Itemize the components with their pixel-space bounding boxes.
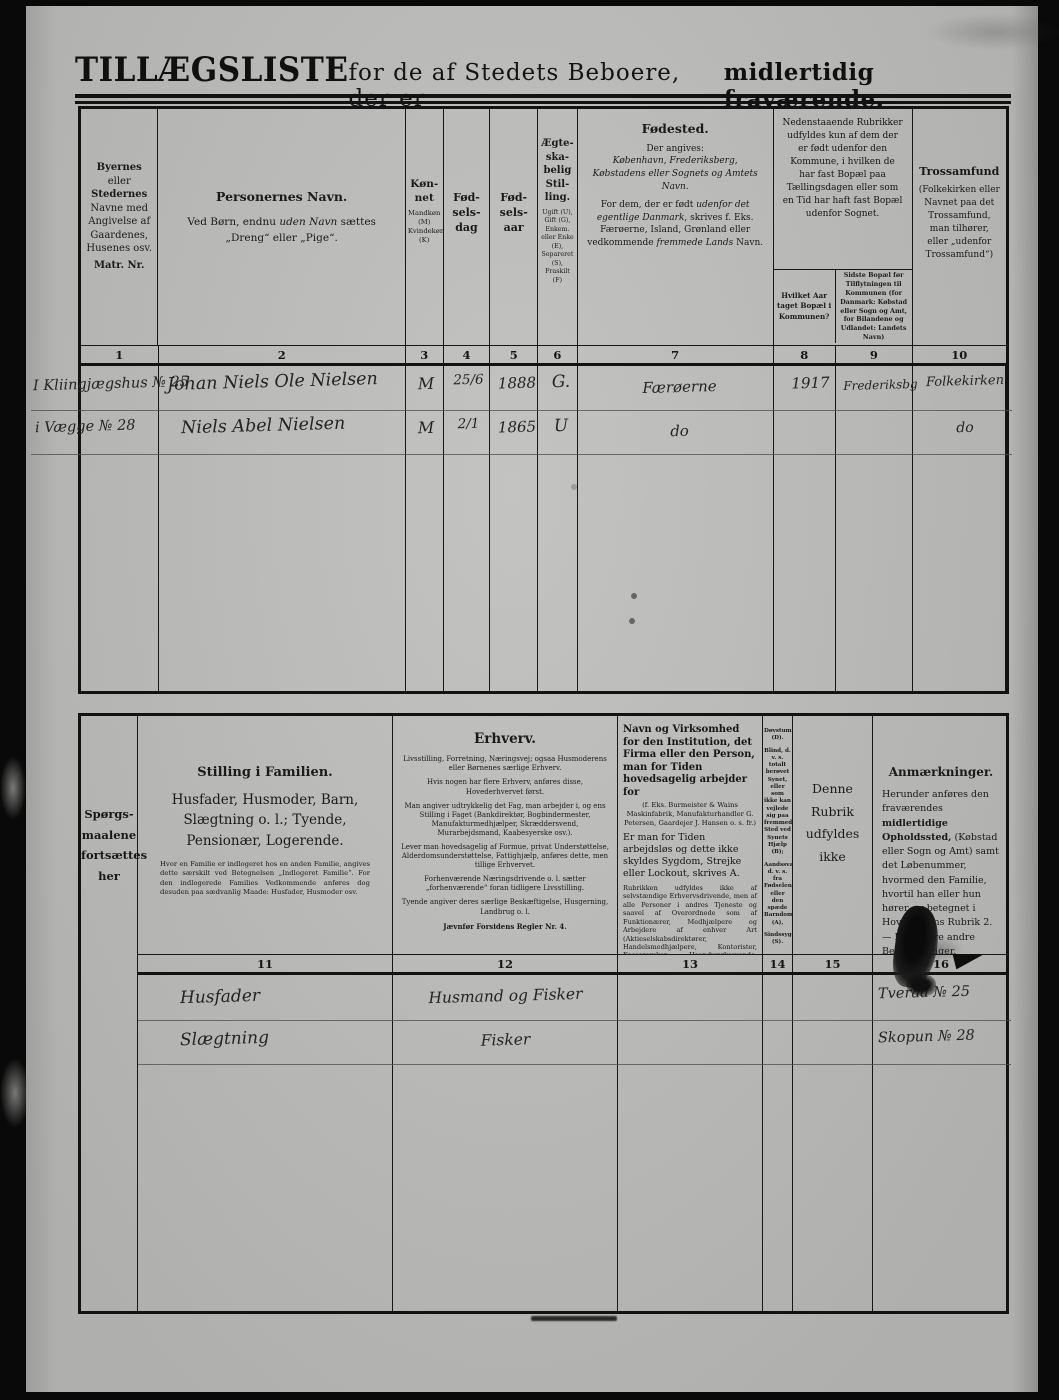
- col4-title: Fød-sels-dag: [448, 191, 486, 236]
- col12-paragraph: Man angiver udtrykkelig det Fag, man arb…: [401, 802, 609, 838]
- col-number: 14: [763, 955, 793, 972]
- col14-header-disability: Døvstum (D). Blind, d. v. s. totalt berø…: [763, 716, 793, 954]
- col-number: 13: [618, 955, 763, 972]
- col7-title: Fødested.: [586, 121, 765, 138]
- body-col1: [81, 366, 159, 691]
- col14-line: Blind, d. v. s. totalt berøvet Synet, el…: [764, 748, 791, 857]
- row2-birthyear: 1865: [492, 417, 542, 436]
- col2-subtitle: Ved Børn, endnu uden Navn sættes „Dreng“…: [168, 215, 394, 247]
- body-col11: [138, 975, 393, 1311]
- continuation-table-header: Stilling i Familien. Husfader, Husmoder,…: [138, 716, 1009, 954]
- col-number: 8: [774, 346, 837, 363]
- printers-mark: [531, 1316, 617, 1321]
- row1-year-moved: 1917: [778, 373, 843, 393]
- col-number: 5: [490, 346, 538, 363]
- row2-family-position: Slægtning: [180, 1028, 270, 1050]
- body-col15: [793, 975, 873, 1311]
- col1-line: Husenes osv.: [81, 242, 157, 256]
- row2-religion: do: [918, 419, 1012, 438]
- col15-note: Denne Rubrik udfyldes ikke: [793, 778, 872, 868]
- col-number: 3: [406, 346, 444, 363]
- col2-header-name: Personernes Navn. Ved Børn, endnu uden N…: [158, 109, 405, 345]
- col12-paragraph: Hvis nogen har flere Erhverv, anføres di…: [401, 778, 609, 796]
- col16-title: Anmærkninger.: [882, 764, 1000, 780]
- row2-ruled-line: [138, 1064, 1011, 1065]
- col8-9-header-group: Nedenstaaende Rubrikker udfyldes kun af …: [774, 109, 913, 345]
- body-col10: [913, 366, 1006, 691]
- col10-header-religion: Trossamfund (Folkekirken eller Navnet pa…: [913, 109, 1006, 345]
- continuation-table-body: Husfader Husmand og Fisker Tveraa № 25 S…: [138, 975, 1009, 1311]
- row1-ruled-line: [31, 410, 1012, 411]
- body-col16: [873, 975, 1009, 1311]
- row1-ruled-line: [138, 1020, 1011, 1021]
- row1-remarks: Tveraa № 25: [878, 984, 970, 1003]
- row1-birthyear: 1888: [492, 373, 542, 392]
- col14-line: Sindssyg (S).: [764, 932, 791, 947]
- col7-header-birthplace: Fødested. Der angives: København, Freder…: [578, 109, 774, 345]
- col-number: 7: [578, 346, 774, 363]
- col16-text: (Købstad eller Sogn og Amt) samt det Løb…: [882, 832, 999, 954]
- col-number: 11: [138, 955, 393, 972]
- col7-p2-text: For dem, der er født: [601, 200, 696, 210]
- col7-p2-text: Navn.: [733, 238, 763, 248]
- col14-line: Aandssvag, d. v. s. fra Fødselen eller d…: [764, 862, 791, 927]
- col3-title: Køn-net: [408, 177, 441, 205]
- col3-header-sex: Køn-net Mandkøn (M) Kvindekøn (K): [406, 109, 444, 345]
- col5-header-birthyear: Fød-sels-aar: [490, 109, 538, 345]
- body-col5: [490, 366, 538, 691]
- col15-header-not-filled: Denne Rubrik udfyldes ikke: [793, 716, 873, 954]
- col1-line: Gaardenes,: [81, 229, 157, 243]
- col6-subtitle: Ugift (U), Gift (G), Enkem. eller Enke (…: [540, 209, 575, 286]
- continuation-table-right: Stilling i Familien. Husfader, Husmoder,…: [138, 716, 1009, 1311]
- col7-p1-italic: København, Frederiksberg, Købstadens ell…: [593, 156, 758, 191]
- col1-line: Stedernes: [81, 188, 157, 202]
- persons-table-body: I Kliingjægshus № 25 Johan Niels Ole Nie…: [81, 366, 1006, 691]
- scanner-edge-smudge: [0, 756, 26, 820]
- col-number: 6: [538, 346, 578, 363]
- scan-smudge: [926, 14, 1059, 50]
- col10-subtitle: (Folkekirken eller Navnet paa det Trossa…: [919, 184, 1000, 262]
- col2-sub-italic: uden Navn: [279, 216, 337, 228]
- row1-sex: M: [406, 373, 447, 393]
- col8-header-year-moved: Hvilket Aar taget Bopæl i Kommunen?: [774, 270, 836, 343]
- col12-paragraph-bold: Jævnfør Forsidens Regler Nr. 4.: [401, 922, 609, 931]
- col16-bold-text: midlertidige Opholdssted,: [882, 818, 952, 843]
- col9-header-last-residence: Sidste Bopæl før Tilflytningen til Kommu…: [836, 270, 912, 343]
- col13-p1: Navn og Virksomhed for den Institution, …: [623, 724, 757, 799]
- col-number: 15: [793, 955, 873, 972]
- row1-marital-status: G.: [540, 371, 583, 392]
- side-label-questions-continue: Spørgs-maalene fortsættes her: [81, 716, 138, 1311]
- persons-table-number-row: 1 2 3 4 5 6 7 8 9 10: [81, 345, 1006, 366]
- col-number: 2: [159, 346, 406, 363]
- col11-header-family-position: Stilling i Familien. Husfader, Husmoder,…: [138, 716, 393, 954]
- page-title-mid: for de af Stedets Beboere, der er: [348, 60, 723, 112]
- col13-p3: Rubrikken udfyldes ikke af selvstændige …: [623, 884, 757, 954]
- col2-sub-text: Ved Børn, endnu: [187, 216, 279, 228]
- row2-ruled-line: [31, 454, 1012, 455]
- page-title-end: midlertidig fraværende.: [724, 59, 1011, 113]
- row2-sex: M: [406, 417, 447, 437]
- col13-header-employer: Navn og Virksomhed for den Institution, …: [618, 716, 763, 954]
- col12-paragraph: Tyende angiver deres særlige Beskæftigel…: [401, 898, 609, 916]
- row2-remarks: Skopun № 28: [878, 1028, 975, 1047]
- continuation-table-number-row: 11 12 13 14 15 16: [138, 954, 1009, 975]
- col8-9-group-note: Nedenstaaende Rubrikker udfyldes kun af …: [774, 109, 912, 269]
- body-col8: [774, 366, 837, 691]
- col11-main-text: Husfader, Husmoder, Barn, Slægtning o. l…: [152, 790, 378, 853]
- col12-paragraph: Lever man hovedsagelig af Formue, privat…: [401, 843, 609, 870]
- col4-header-birthday: Fød-sels-dag: [444, 109, 491, 345]
- col16-text: Herunder anføres den fraværendes: [882, 789, 989, 814]
- row1-family-position: Husfader: [180, 986, 261, 1008]
- body-col9: [836, 366, 913, 691]
- col14-line: Døvstum (D).: [764, 728, 791, 743]
- row2-marital-status: U: [540, 415, 583, 436]
- col1-header-place: Byernes eller Stedernes Navne med Angive…: [81, 109, 158, 345]
- col3-subtitle: Mandkøn (M) Kvindekøn (K): [408, 209, 441, 244]
- col13-p1-example: (f. Eks. Burmeister & Wains Maskinfabrik…: [623, 801, 757, 827]
- body-col13: [618, 975, 763, 1311]
- row1-last-residence: Frederiksbg: [841, 377, 920, 393]
- col12-paragraph: Forhenværende Næringsdrivende o. l. sætt…: [401, 875, 609, 893]
- body-col3: [406, 366, 444, 691]
- persons-table: Byernes eller Stedernes Navne med Angive…: [78, 106, 1009, 694]
- col-number: 1: [81, 346, 159, 363]
- scanned-census-sheet: TILLÆGSLISTE for de af Stedets Beboere, …: [26, 6, 1038, 1392]
- col5-title: Fød-sels-aar: [494, 191, 533, 236]
- continuation-table: Spørgs-maalene fortsættes her Stilling i…: [78, 713, 1009, 1314]
- col12-title: Erhverv.: [401, 730, 609, 748]
- col-number: 16: [873, 955, 1009, 972]
- col2-title: Personernes Navn.: [168, 189, 394, 206]
- row2-birthday: 2/1: [444, 415, 493, 432]
- col-number: 10: [913, 346, 1006, 363]
- col1-line: Byernes: [81, 161, 157, 175]
- col12-paragraph: Livsstilling, Forretning, Næringsvej; og…: [401, 755, 609, 773]
- col-number: 9: [836, 346, 913, 363]
- col11-title: Stilling i Familien.: [152, 764, 378, 782]
- col10-title: Trossamfund: [919, 165, 1000, 180]
- body-col14: [763, 975, 793, 1311]
- col13-p2: Er man for Tiden arbejdsløs og dette ikk…: [623, 832, 757, 880]
- col12-header-occupation: Erhverv. Livsstilling, Forretning, Nærin…: [393, 716, 618, 954]
- col11-small-text: Hvor en Familie er indlogeret hos en and…: [152, 860, 378, 897]
- col16-body: Herunder anføres den fraværendes midlert…: [882, 788, 1000, 954]
- col-number: 4: [444, 346, 491, 363]
- page-title-main: TILLÆGSLISTE: [75, 51, 348, 90]
- col7-paragraph1: Der angives: København, Frederiksberg, K…: [586, 143, 765, 193]
- persons-table-header: Byernes eller Stedernes Navne med Angive…: [81, 109, 1006, 345]
- col8-9-subheaders: Hvilket Aar taget Bopæl i Kommunen? Sids…: [774, 269, 912, 343]
- col1-line: Navne med: [81, 202, 157, 216]
- row1-birthday: 25/6: [444, 371, 493, 388]
- col7-p2-italic: fremmede Lands: [656, 238, 733, 248]
- col6-title: Ægte-ska-belig Stil-ling.: [540, 137, 575, 205]
- col7-p1-label: Der angives:: [646, 144, 704, 154]
- col1-line: eller: [81, 175, 157, 189]
- col7-paragraph2: For dem, der er født udenfor det egentli…: [586, 199, 765, 249]
- col16-header-remarks: Anmærkninger. Herunder anføres den fravæ…: [873, 716, 1009, 954]
- col1-line: Angivelse af: [81, 215, 157, 229]
- title-double-rule: [75, 94, 1011, 104]
- body-col7: [578, 366, 774, 691]
- row1-religion: Folkekirken: [918, 373, 1012, 391]
- col1-matr-nr: Matr. Nr.: [81, 259, 157, 273]
- col-number: 12: [393, 955, 618, 972]
- col6-header-marital: Ægte-ska-belig Stil-ling. Ugift (U), Gif…: [538, 109, 578, 345]
- body-col12: [393, 975, 618, 1311]
